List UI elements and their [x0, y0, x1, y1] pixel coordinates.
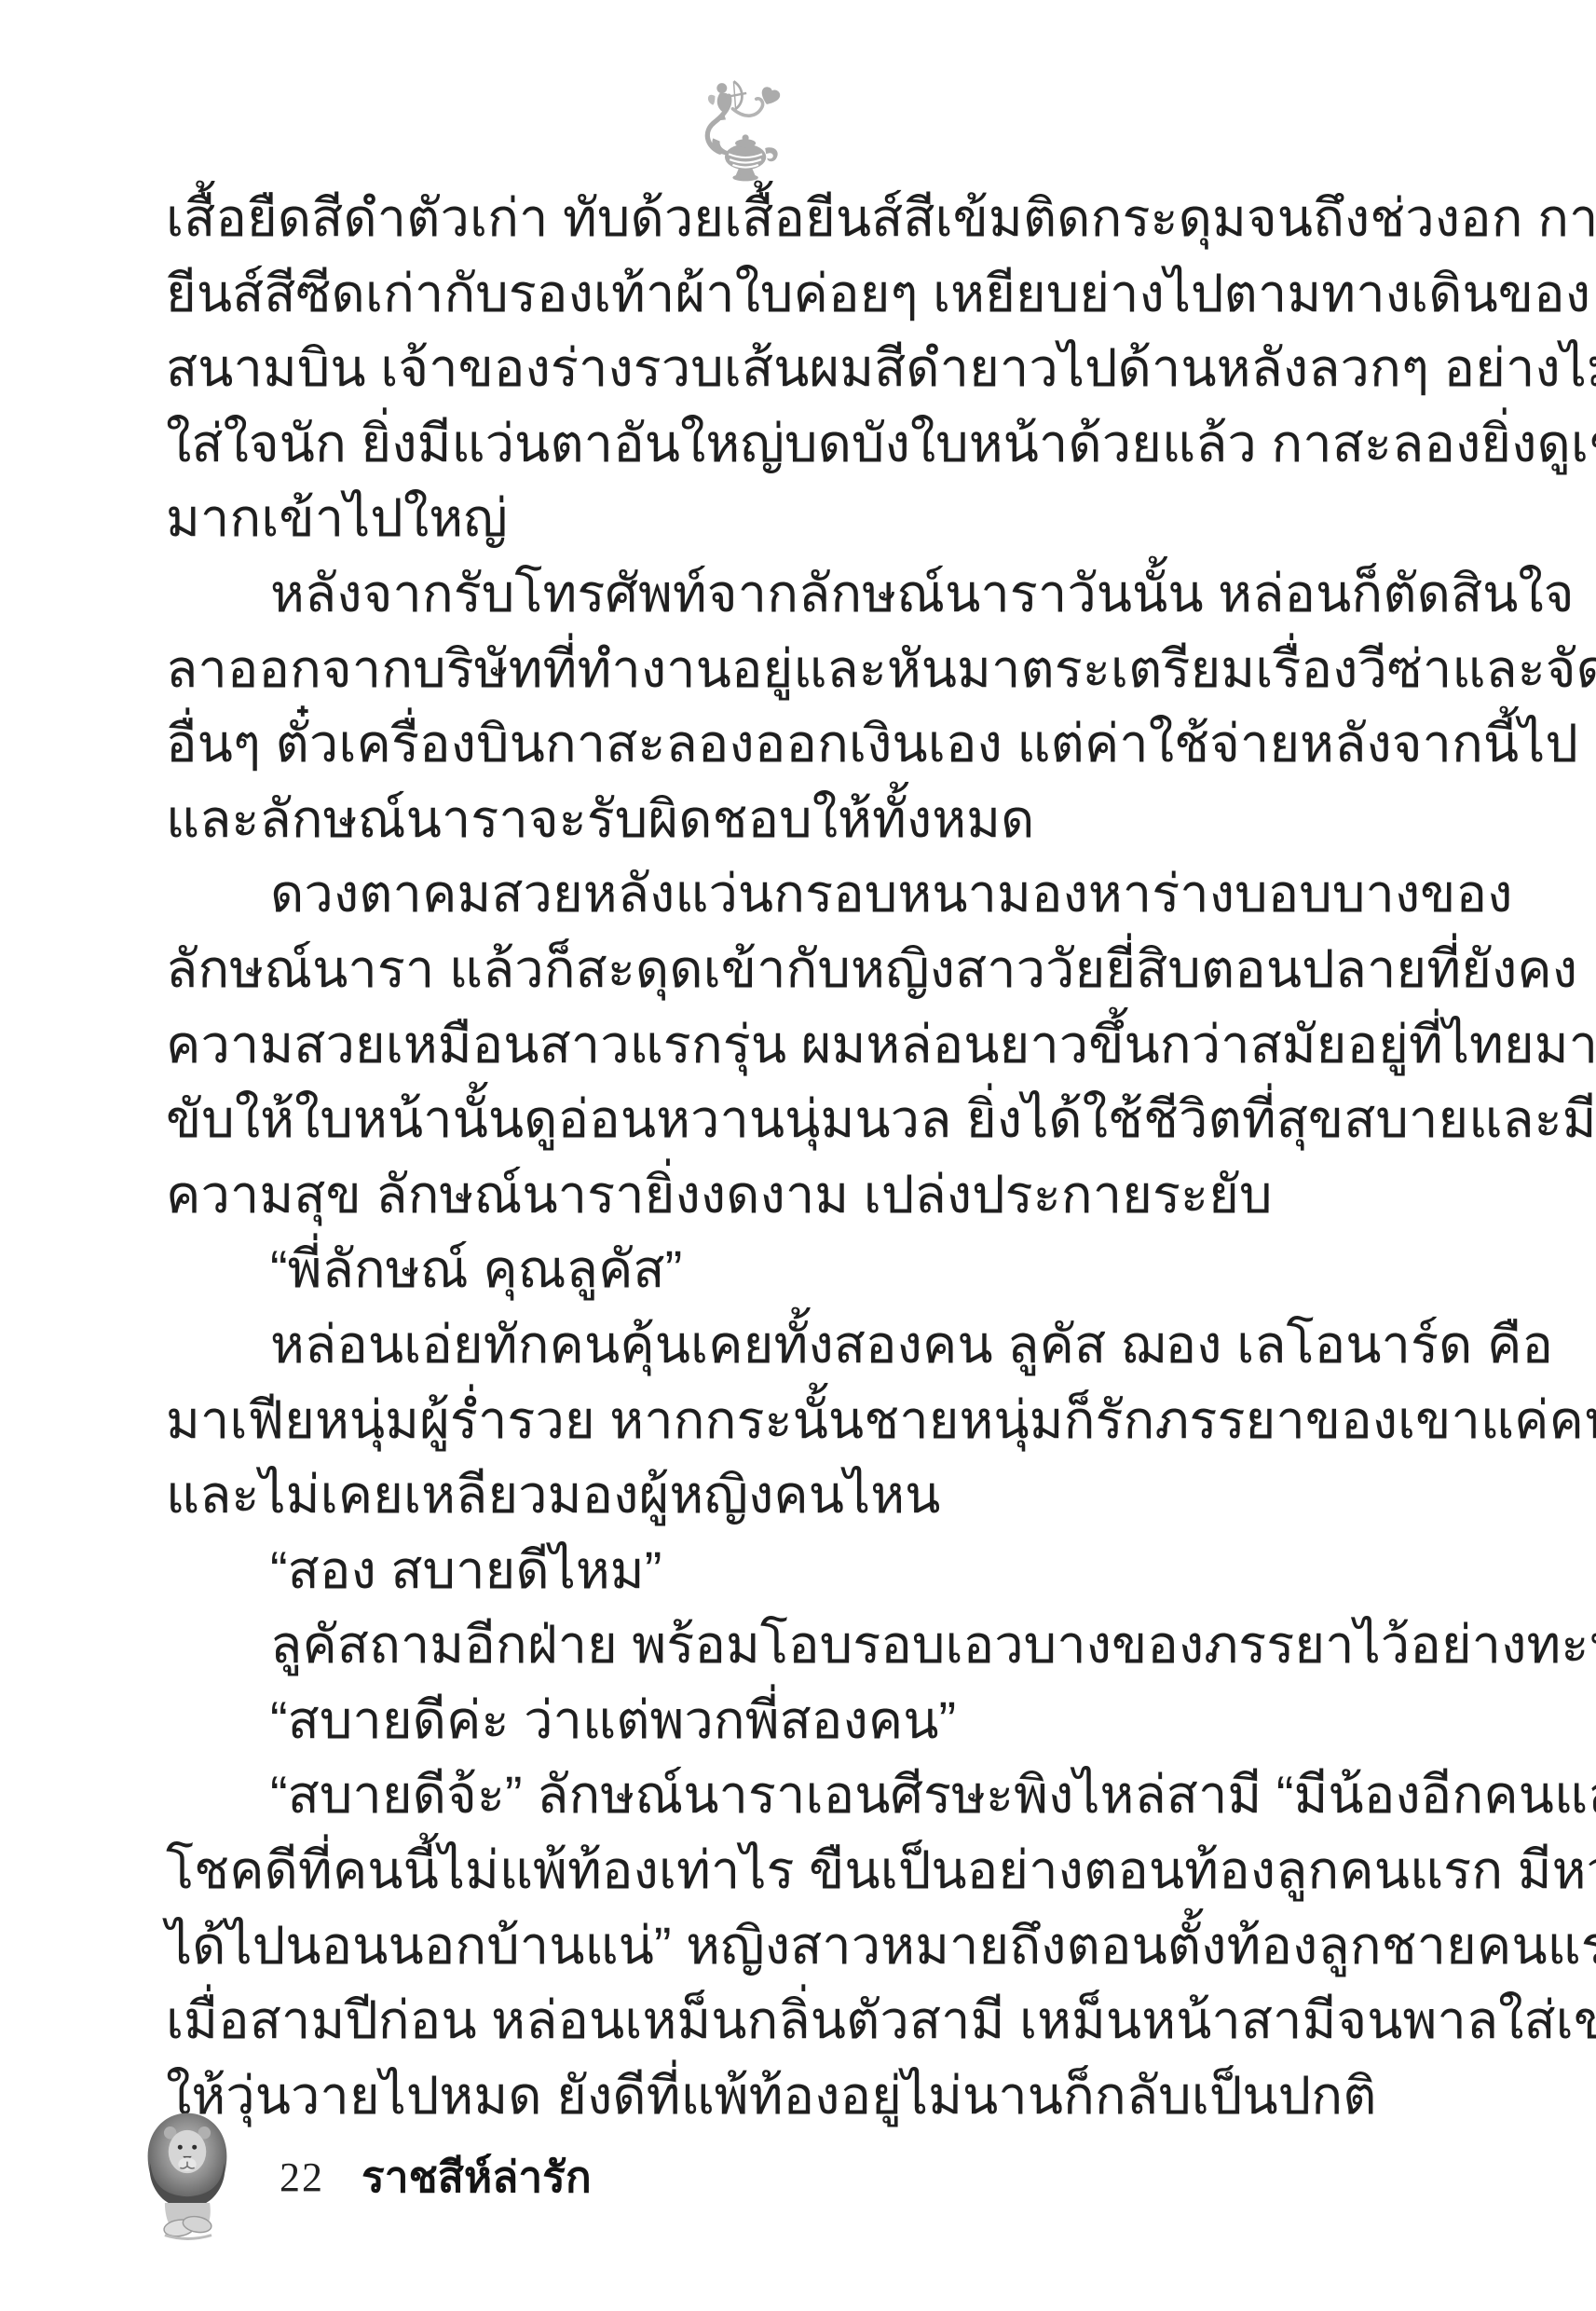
- text-line: ยีนส์สีซีดเก่ากับรองเท้าผ้าใบค่อยๆ เหยีย…: [166, 256, 1339, 332]
- body-text: เสื้อยืดสีดำตัวเก่า ทับด้วยเสื้อยีนส์สีเ…: [166, 181, 1339, 2133]
- text-line: ความสวยเหมือนสาวแรกรุ่น ผมหล่อนยาวขึ้นกว…: [166, 1007, 1339, 1083]
- book-title: ราชสีห์ล่ารัก: [361, 2143, 592, 2211]
- text-line: “สบายดีจ้ะ” ลักษณ์นาราเอนศีรษะพิงไหล่สาม…: [166, 1757, 1339, 1833]
- text-line: ความสุข ลักษณ์นารายิ่งงดงาม เปล่งประกายร…: [166, 1157, 1339, 1233]
- page-footer: 22 ราชสีห์ล่ารัก: [138, 2108, 592, 2246]
- text-line: มาเฟียหนุ่มผู้ร่ำรวย หากกระนั้นชายหนุ่มก…: [166, 1383, 1339, 1458]
- text-line: หล่อนเอ่ยทักคนคุ้นเคยทั้งสองคน ลูคัส ฌอง…: [166, 1307, 1339, 1383]
- text-line: ขับให้ใบหน้านั้นดูอ่อนหวานนุ่มนวล ยิ่งได…: [166, 1082, 1339, 1157]
- text-line: ลักษณ์นารา แล้วก็สะดุดเข้ากับหญิงสาววัยย…: [166, 932, 1339, 1007]
- text-line: “พี่ลักษณ์ คุณลูคัส”: [166, 1232, 1339, 1307]
- text-line: และลักษณ์นาราจะรับผิดชอบให้ทั้งหมด: [166, 782, 1339, 857]
- text-line: มากเข้าไปใหญ่: [166, 481, 1339, 556]
- text-line: ได้ไปนอนนอกบ้านแน่” หญิงสาวหมายถึงตอนตั้…: [166, 1908, 1339, 1984]
- text-line: ลาออกจากบริษัทที่ทำงานอยู่และหันมาตระเตร…: [166, 632, 1339, 707]
- text-line: ดวงตาคมสวยหลังแว่นกรอบหนามองหาร่างบอบบาง…: [166, 856, 1339, 932]
- text-line: ลูคัสถามอีกฝ่าย พร้อมโอบรอบเอวบางของภรรย…: [166, 1607, 1339, 1683]
- cupid-genie-lamp-ornament-icon: [689, 76, 798, 185]
- text-line: หลังจากรับโทรศัพท์จากลักษณ์นาราวันนั้น ห…: [166, 556, 1339, 632]
- book-page: เสื้อยืดสีดำตัวเก่า ทับด้วยเสื้อยีนส์สีเ…: [0, 0, 1596, 2311]
- text-line: เมื่อสามปีก่อน หล่อนเหม็นกลิ่นตัวสามี เห…: [166, 1983, 1339, 2058]
- text-line: ใส่ใจนัก ยิ่งมีแว่นตาอันใหญ่บดบังใบหน้าด…: [166, 406, 1339, 482]
- text-line: โชคดีที่คนนี้ไม่แพ้ท้องเท่าไร ขืนเป็นอย่…: [166, 1833, 1339, 1908]
- text-line: เสื้อยืดสีดำตัวเก่า ทับด้วยเสื้อยีนส์สีเ…: [166, 181, 1339, 256]
- lion-icon: [138, 2108, 237, 2246]
- text-line: “สบายดีค่ะ ว่าแต่พวกพี่สองคน”: [166, 1683, 1339, 1758]
- text-line: “สอง สบายดีไหม”: [166, 1533, 1339, 1608]
- page-number: 22: [280, 2154, 324, 2201]
- text-line: สนามบิน เจ้าของร่างรวบเส้นผมสีดำยาวไปด้า…: [166, 331, 1339, 406]
- text-line: และไม่เคยเหลียวมองผู้หญิงคนไหน: [166, 1457, 1339, 1533]
- text-line: อื่นๆ ตั๋วเครื่องบินกาสะลองออกเงินเอง แต…: [166, 706, 1339, 782]
